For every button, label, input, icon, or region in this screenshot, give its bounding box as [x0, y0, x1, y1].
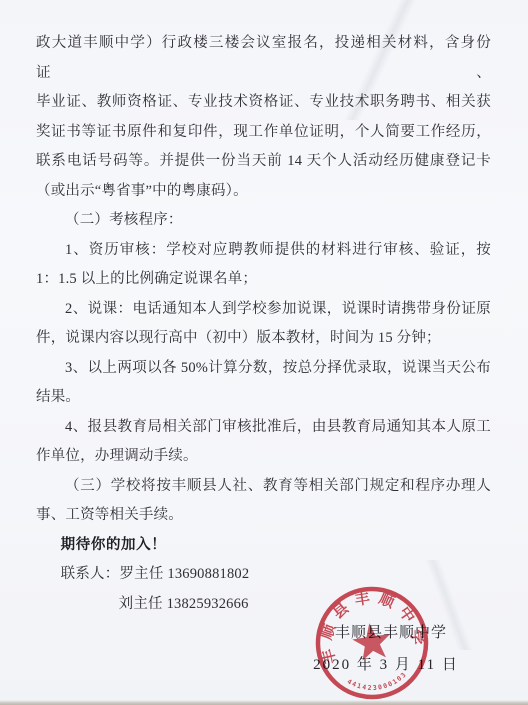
body-line: 联系电话号码等。并提供一份当天前 14 天个人活动经历健康登记卡	[36, 147, 491, 177]
body-line: （三）学校将按丰顺县人社、教育等相关部门规定和程序办理人	[36, 472, 491, 502]
body-line: 作单位，办理调动手续。	[36, 442, 491, 472]
body-line: 奖证书等证书原件和复印件，现工作单位证明，个人简要工作经历，	[36, 118, 491, 148]
signature-school-name: 丰顺县丰顺中学	[311, 621, 471, 642]
body-line: 件，说课内容以现行高中（初中）版本教材，时间为 15 分钟；	[36, 324, 491, 354]
body-line: 毕业证、教师资格证、专业技术资格证、专业技术职务聘书、相关获	[36, 88, 491, 118]
body-line: 政大道丰顺中学）行政楼三楼会议室报名，投递相关材料，含身份证、	[36, 29, 491, 88]
body-line: 联系人：罗主任 13690881802	[36, 560, 491, 590]
body-line: 2、说课：电话通知本人到学校参加说课，说课时请携带身份证原	[36, 295, 491, 325]
body-line: 4、报县教育局相关部门审核批准后，由县教育局通知其本人原工	[36, 413, 491, 443]
body-line: 3、以上两项以各 50%计算分数，按总分择优录取，说课当天公布	[36, 354, 491, 384]
body-line: 事、工资等相关手续。	[36, 501, 491, 531]
body-line: 期待你的加入！	[36, 531, 491, 561]
body-line: 1：1.5 以上的比例确定说课名单；	[36, 265, 491, 295]
scanned-page: 政大道丰顺中学）行政楼三楼会议室报名，投递相关材料，含身份证、毕业证、教师资格证…	[0, 0, 528, 705]
body-line: 1、资历审核：学校对应聘教师提供的材料进行审核、验证，按	[36, 236, 491, 266]
body-text: 政大道丰顺中学）行政楼三楼会议室报名，投递相关材料，含身份证、毕业证、教师资格证…	[36, 29, 491, 619]
body-line: （或出示“粤省事”中的粤康码）。	[36, 177, 491, 207]
seal-star	[350, 621, 393, 662]
body-line: 结果。	[36, 383, 491, 413]
seal-code-number: 441423000103	[345, 669, 410, 696]
paper-bottom-edge	[0, 700, 528, 705]
signature-date: 2020 年 3 月 11 日	[303, 653, 469, 674]
body-line: 刘主任 13825932666	[36, 590, 491, 620]
body-line: （二）考核程序：	[36, 206, 491, 236]
